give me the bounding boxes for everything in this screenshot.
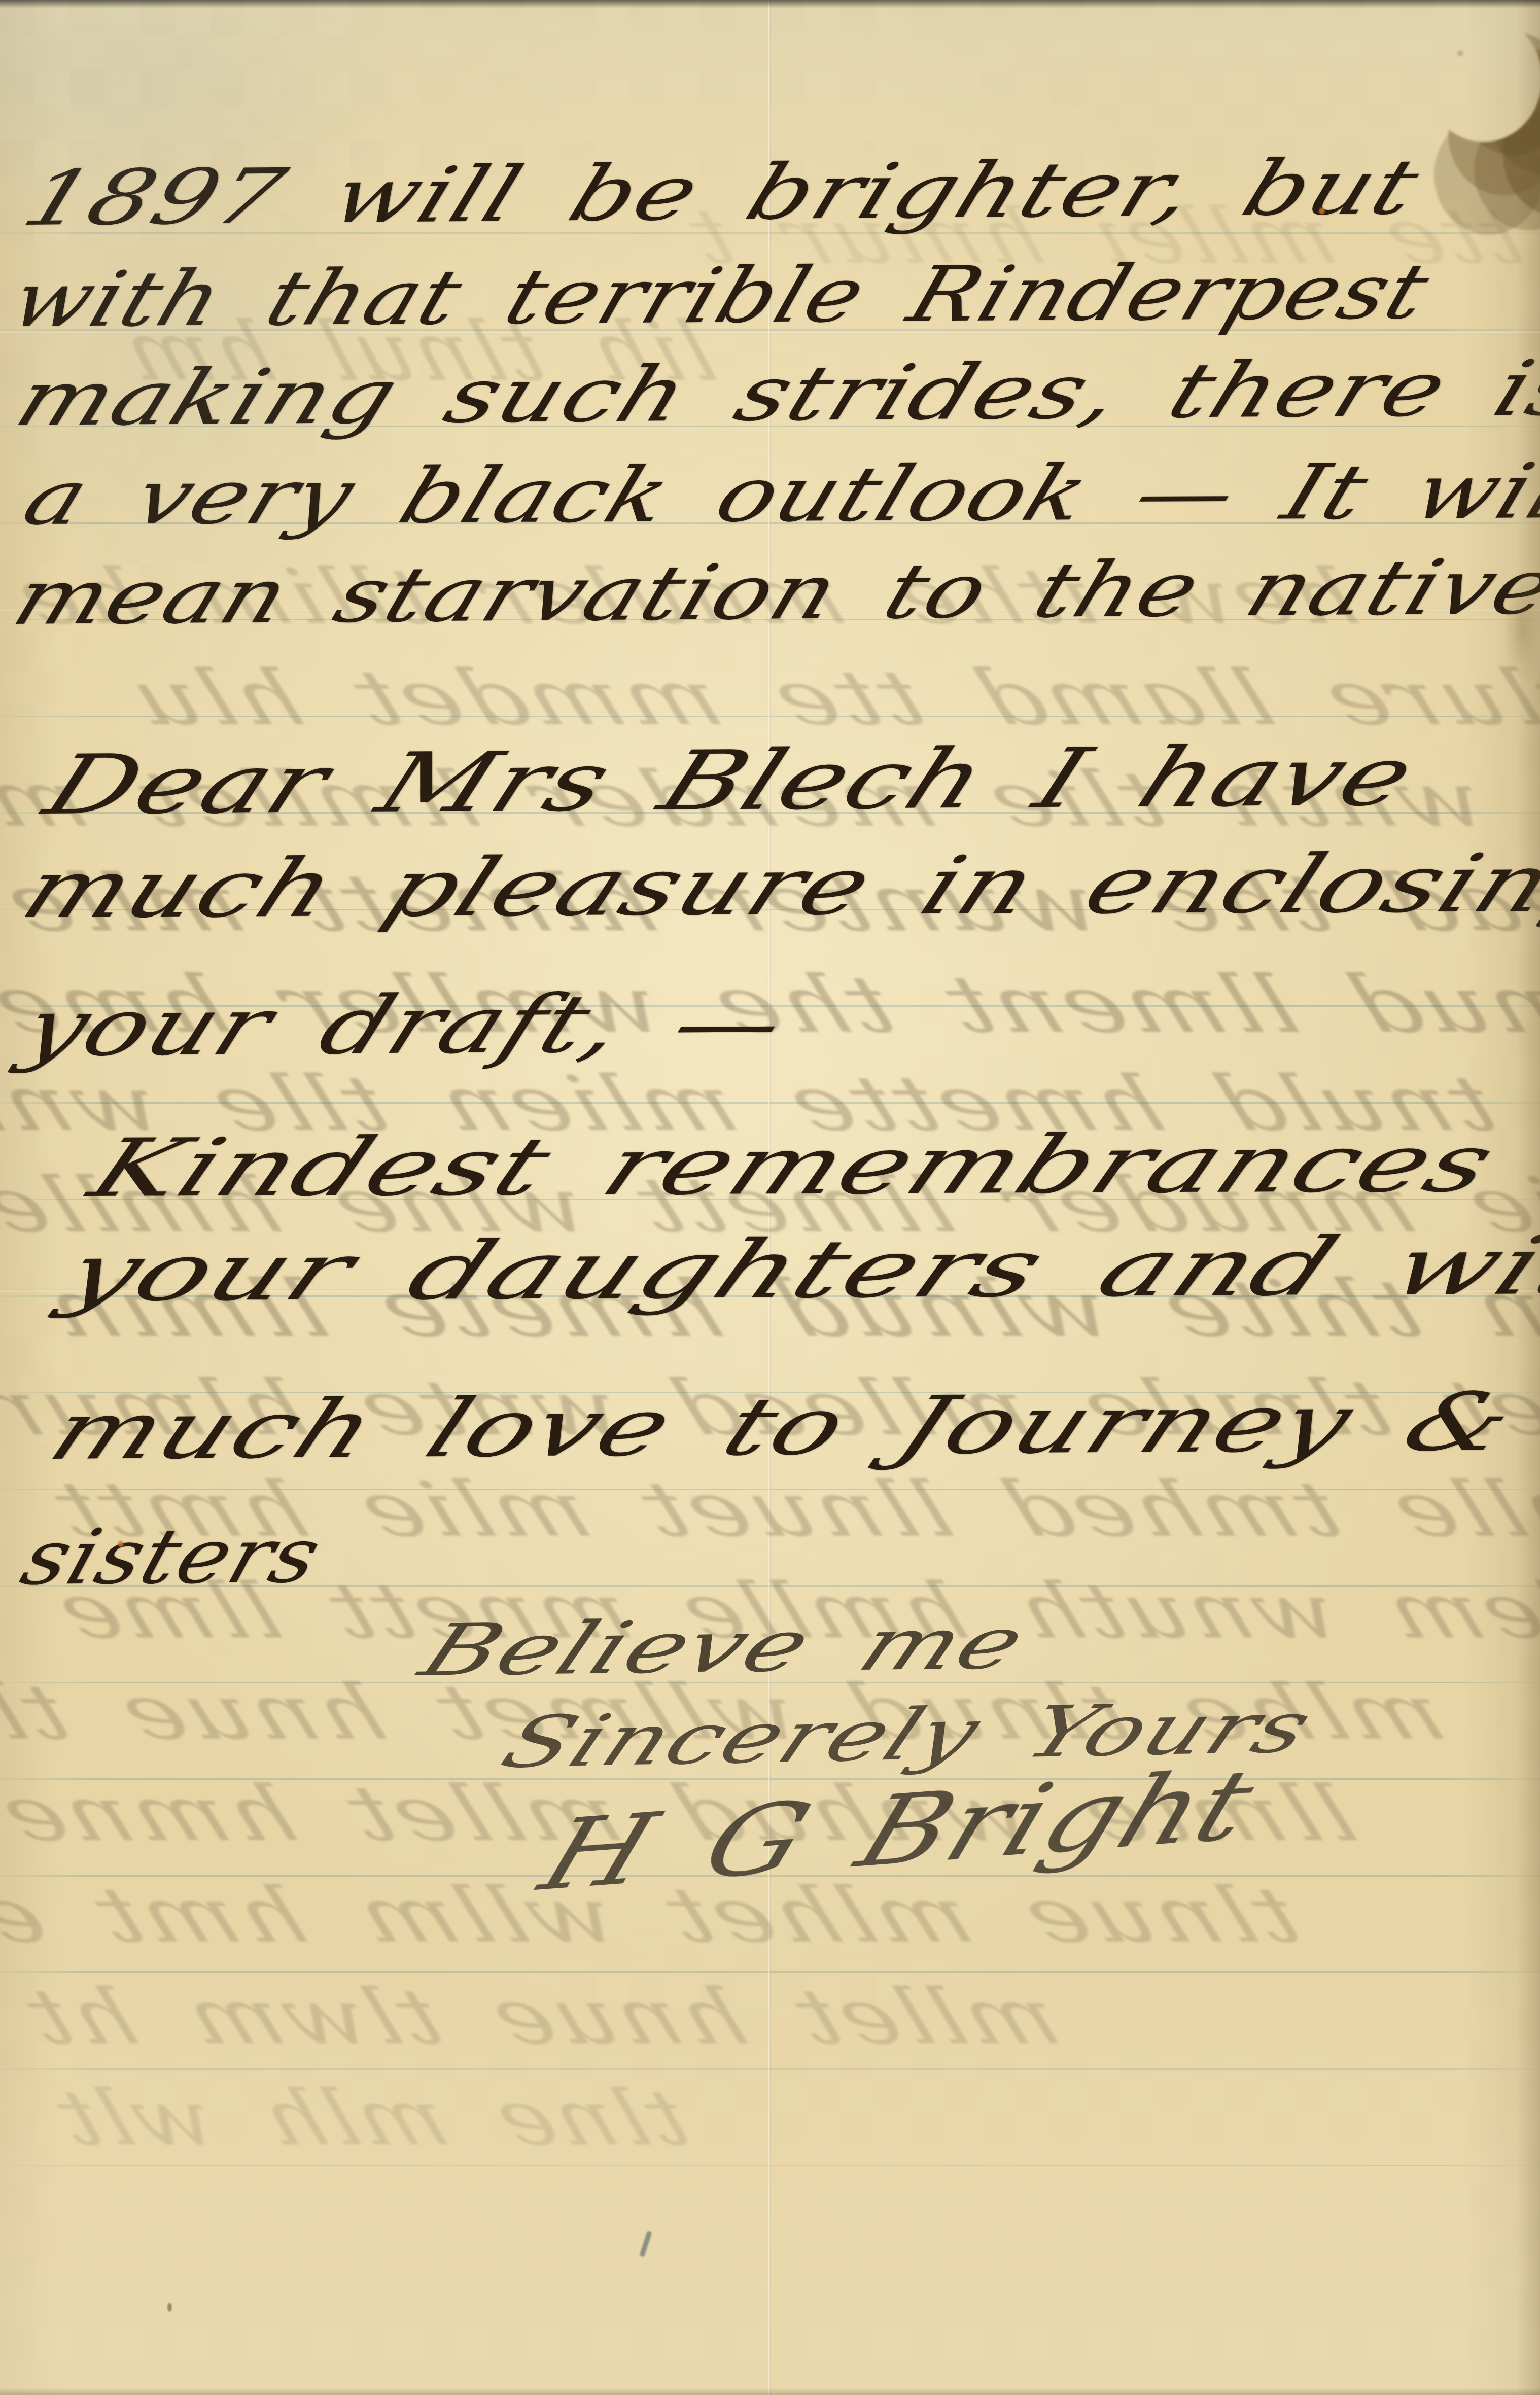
paper-speck bbox=[1319, 208, 1325, 214]
handwritten-line: sisters bbox=[12, 1512, 332, 1602]
handwritten-line: a very black outlook — It will bbox=[13, 447, 1540, 542]
handwritten-line: much love to Journey & bbox=[37, 1376, 1528, 1478]
handwritten-line: Kindest remembrances to bbox=[77, 1116, 1540, 1215]
handwritten-line: making such strides, there is bbox=[5, 344, 1540, 443]
bleedthrough-line: tlne mlh wlt bbox=[44, 2074, 701, 2163]
letter-scan-page: tte mllei hmur tlih tlnul hmhew ithe mnu… bbox=[0, 0, 1540, 2395]
paper-fiber bbox=[639, 2231, 652, 2258]
handwritten-line-year: 1897 will be brighter, but bbox=[12, 144, 1431, 243]
handwritten-line: much pleasure in enclosing bbox=[9, 837, 1540, 936]
scan-edge-bottom bbox=[0, 2388, 1540, 2395]
scan-edge-right bbox=[1517, 0, 1540, 2395]
handwritten-line: mean starvation to the natives. bbox=[3, 543, 1540, 642]
handwritten-line: your daughters and with bbox=[50, 1219, 1540, 1320]
handwritten-line: your draft, — bbox=[10, 976, 799, 1075]
bleedthrough-line: mllet hnue tlwm ht bbox=[13, 1973, 1071, 2061]
scan-edge-top bbox=[0, 0, 1540, 8]
paper-speck bbox=[167, 2303, 172, 2312]
handwritten-line: with that terrible Rinderpest bbox=[1, 248, 1440, 344]
handwritten-line-salutation: Dear Mrs Blech I have bbox=[32, 729, 1428, 833]
paper-speck bbox=[118, 1541, 124, 1547]
closing-line: Believe me bbox=[408, 1601, 1039, 1693]
